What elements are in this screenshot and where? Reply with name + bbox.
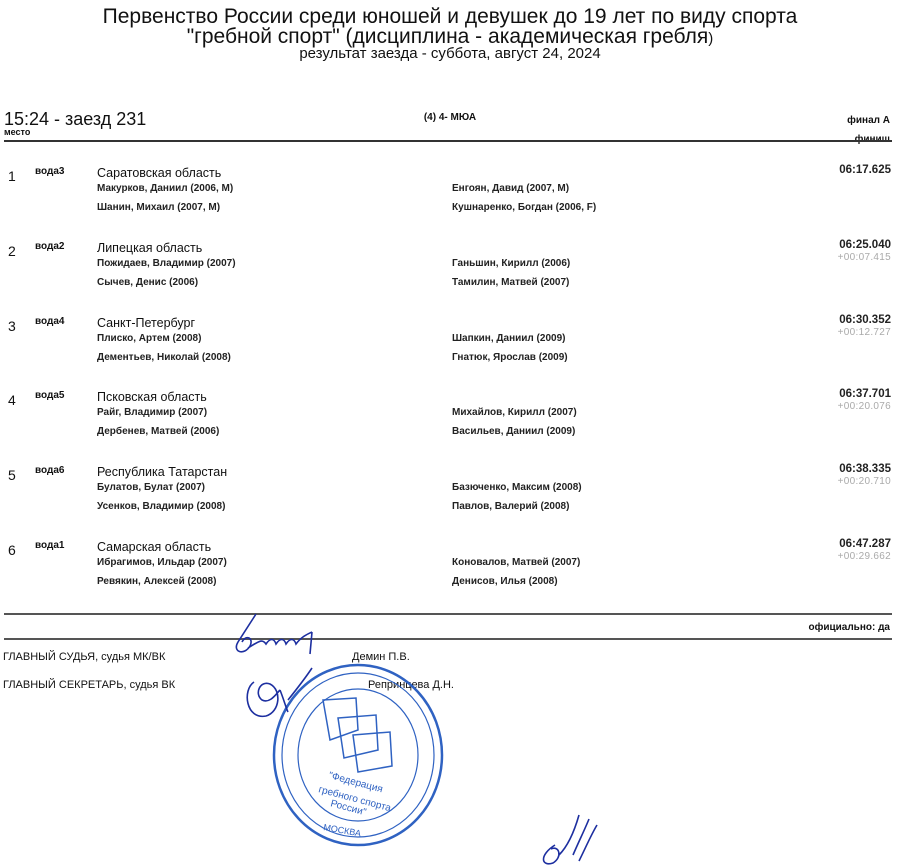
lane: вода2 bbox=[35, 241, 64, 252]
lane: вода3 bbox=[35, 166, 64, 177]
event-label: (4) 4- МЮА bbox=[0, 112, 900, 123]
athlete: Кушнаренко, Богдан (2006, F) bbox=[452, 202, 596, 213]
footer-divider-bottom bbox=[4, 638, 892, 640]
finish-time: 06:25.040 bbox=[839, 239, 891, 251]
footer-divider-top bbox=[4, 613, 892, 615]
athlete: Михайлов, Кирилл (2007) bbox=[452, 407, 577, 418]
athlete: Базюченко, Максим (2008) bbox=[452, 482, 582, 493]
club-name: Саратовская область bbox=[97, 166, 221, 180]
time-behind: +00:07.415 bbox=[838, 252, 891, 263]
result-row: 6 вода1 Самарская область Ибрагимов, Иль… bbox=[0, 533, 900, 608]
finish-time: 06:17.625 bbox=[839, 164, 891, 176]
finish-time: 06:37.701 bbox=[839, 388, 891, 400]
lane: вода4 bbox=[35, 316, 64, 327]
time-behind: +00:29.662 bbox=[838, 551, 891, 562]
finish-time: 06:38.335 bbox=[839, 463, 891, 475]
athlete: Ганьшин, Кирилл (2006) bbox=[452, 258, 570, 269]
chief-secretary-signature-icon bbox=[240, 660, 320, 730]
svg-text:МОСКВА: МОСКВА bbox=[323, 822, 362, 838]
place: 2 bbox=[8, 243, 16, 259]
athlete: Дементьев, Николай (2008) bbox=[97, 352, 231, 363]
athlete: Павлов, Валерий (2008) bbox=[452, 501, 569, 512]
place: 5 bbox=[8, 467, 16, 483]
club-name: Санкт-Петербург bbox=[97, 316, 195, 330]
place: 1 bbox=[8, 168, 16, 184]
header-divider bbox=[4, 140, 892, 142]
final-label: финал А bbox=[847, 115, 890, 126]
athlete: Дербенев, Матвей (2006) bbox=[97, 426, 219, 437]
signature-icon bbox=[535, 805, 615, 867]
result-row: 5 вода6 Республика Татарстан Булатов, Бу… bbox=[0, 458, 900, 533]
athlete: Усенков, Владимир (2008) bbox=[97, 501, 225, 512]
place: 3 bbox=[8, 318, 16, 334]
athlete: Коновалов, Матвей (2007) bbox=[452, 557, 580, 568]
place: 6 bbox=[8, 542, 16, 558]
finish-time: 06:47.287 bbox=[839, 538, 891, 550]
time-behind: +00:12.727 bbox=[838, 327, 891, 338]
athlete: Плиско, Артем (2008) bbox=[97, 333, 201, 344]
lane: вода6 bbox=[35, 465, 64, 476]
athlete: Пожидаев, Владимир (2007) bbox=[97, 258, 236, 269]
athlete: Ибрагимов, Ильдар (2007) bbox=[97, 557, 227, 568]
club-name: Республика Татарстан bbox=[97, 465, 227, 479]
official-status: официально: да bbox=[808, 622, 890, 633]
club-name: Самарская область bbox=[97, 540, 211, 554]
club-name: Липецкая область bbox=[97, 241, 202, 255]
chief-judge-title: ГЛАВНЫЙ СУДЬЯ, судья МК/ВК bbox=[3, 651, 165, 663]
athlete: Шанин, Михаил (2007, М) bbox=[97, 202, 220, 213]
athlete: Денисов, Илья (2008) bbox=[452, 576, 558, 587]
result-row: 2 вода2 Липецкая область Пожидаев, Влади… bbox=[0, 234, 900, 309]
result-row: 4 вода5 Псковская область Райг, Владимир… bbox=[0, 383, 900, 458]
athlete: Гнатюк, Ярослав (2009) bbox=[452, 352, 568, 363]
athlete: Енгоян, Давид (2007, М) bbox=[452, 183, 569, 194]
lane: вода5 bbox=[35, 390, 64, 401]
club-name: Псковская область bbox=[97, 390, 207, 404]
athlete: Тамилин, Матвей (2007) bbox=[452, 277, 569, 288]
athlete: Васильев, Даниил (2009) bbox=[452, 426, 575, 437]
athlete: Макурков, Даниил (2006, М) bbox=[97, 183, 233, 194]
document-subtitle: результат заезда - суббота, август 24, 2… bbox=[0, 45, 900, 62]
place-column-label: место bbox=[4, 127, 30, 137]
chief-secretary-title: ГЛАВНЫЙ СЕКРЕТАРЬ, судья ВК bbox=[3, 679, 175, 691]
athlete: Сычев, Денис (2006) bbox=[97, 277, 198, 288]
athlete: Ревякин, Алексей (2008) bbox=[97, 576, 216, 587]
athlete: Булатов, Булат (2007) bbox=[97, 482, 205, 493]
chief-judge-signature-icon bbox=[228, 612, 338, 662]
athlete: Шапкин, Даниил (2009) bbox=[452, 333, 565, 344]
result-row: 3 вода4 Санкт-Петербург Плиско, Артем (2… bbox=[0, 309, 900, 384]
time-behind: +00:20.076 bbox=[838, 401, 891, 412]
time-behind: +00:20.710 bbox=[838, 476, 891, 487]
finish-time: 06:30.352 bbox=[839, 314, 891, 326]
result-row: 1 вода3 Саратовская область Макурков, Да… bbox=[0, 159, 900, 234]
place: 4 bbox=[8, 392, 16, 408]
lane: вода1 bbox=[35, 540, 64, 551]
athlete: Райг, Владимир (2007) bbox=[97, 407, 207, 418]
